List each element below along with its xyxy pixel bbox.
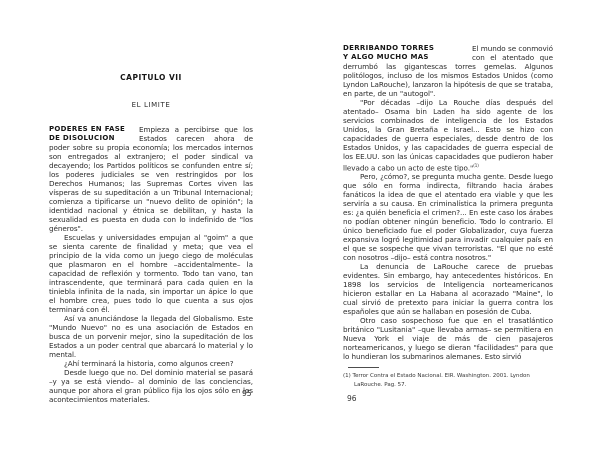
footnote-block: (1) Terror Contra el Estado Nacional. EI…: [343, 362, 553, 390]
paragraph: Otro caso sospechoso fue que en el trasa…: [343, 316, 553, 361]
page-right: DERRIBANDO TORRES Y ALGO MUCHO MAS El mu…: [343, 44, 553, 361]
right-body-text: DERRIBANDO TORRES Y ALGO MUCHO MAS El mu…: [343, 44, 553, 361]
paragraph-text: Escuelas y universidades empujan al "goi…: [49, 233, 253, 314]
run-in-heading-line: DE DISOLUCION: [49, 134, 139, 143]
section-title: EL LIMITE: [49, 101, 253, 110]
run-in-heading-poderes: PODERES EN FASE DE DISOLUCION: [49, 125, 139, 143]
page-number-left: 95: [242, 389, 252, 398]
footnote-reference: (1): [473, 163, 479, 168]
run-in-heading-line: PODERES EN FASE: [49, 125, 139, 134]
page-left: CAPITULO VII EL LIMITE PODERES EN FASE D…: [49, 73, 253, 404]
run-in-heading-derribando: DERRIBANDO TORRES Y ALGO MUCHO MAS: [343, 44, 472, 62]
footnote-text: (1) Terror Contra el Estado Nacional. EI…: [343, 372, 553, 390]
paragraph: ¿Ahí terminará la historia, como algunos…: [49, 359, 253, 368]
paragraph: Pero, ¿cómo?, se pregunta mucha gente. D…: [343, 172, 553, 262]
footnote-divider: [348, 367, 379, 368]
paragraph-text: "Por décadas –dijo La Rouche días despué…: [343, 98, 553, 172]
paragraph-poderes: PODERES EN FASE DE DISOLUCION Empieza a …: [49, 125, 253, 233]
run-in-heading-line: DERRIBANDO TORRES: [343, 44, 472, 53]
left-body-text: PODERES EN FASE DE DISOLUCION Empieza a …: [49, 125, 253, 404]
paragraph: Desde luego que no. Del dominio material…: [49, 368, 253, 404]
paragraph-text: Otro caso sospechoso fue que en el trasa…: [343, 316, 553, 361]
paragraph-text: Desde luego que no. Del dominio material…: [49, 368, 253, 404]
paragraph: Así va anunciándose la llegada del Globa…: [49, 314, 253, 359]
paragraph-derribando: DERRIBANDO TORRES Y ALGO MUCHO MAS El mu…: [343, 44, 553, 98]
paragraph-text: Así va anunciándose la llegada del Globa…: [49, 314, 253, 359]
page-number-right: 96: [347, 394, 357, 403]
paragraph-quote: "Por décadas –dijo La Rouche días despué…: [343, 98, 553, 172]
paragraph-text: La denuncia de LaRouche carece de prueba…: [343, 262, 553, 316]
paragraph-text: ¿Ahí terminará la historia, como algunos…: [64, 359, 234, 368]
chapter-title: CAPITULO VII: [49, 73, 253, 83]
run-in-heading-line: Y ALGO MUCHO MAS: [343, 53, 472, 62]
paragraph: La denuncia de LaRouche carece de prueba…: [343, 262, 553, 316]
paragraph-text: Pero, ¿cómo?, se pregunta mucha gente. D…: [343, 172, 553, 262]
paragraph: Escuelas y universidades empujan al "goi…: [49, 233, 253, 314]
